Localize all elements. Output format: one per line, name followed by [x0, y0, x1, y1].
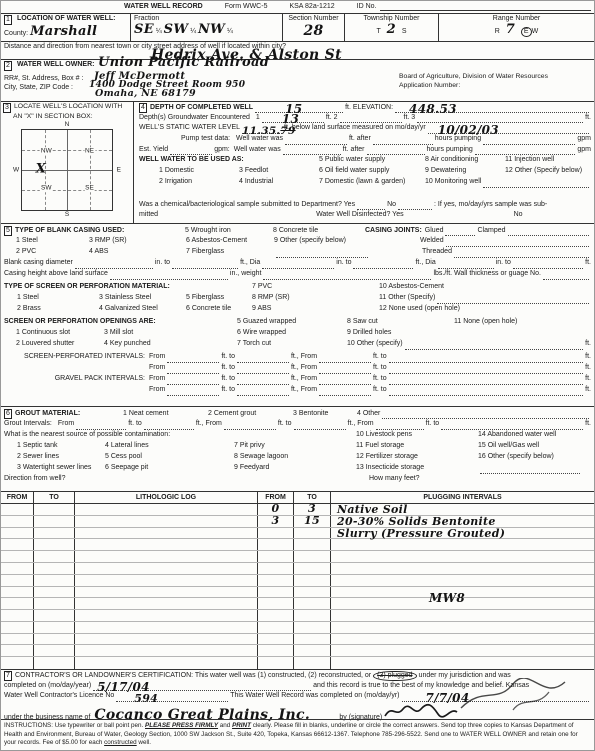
- option: 4 Other: [357, 410, 380, 418]
- gw1-label: 1: [256, 114, 260, 122]
- section1-number: 1: [4, 15, 12, 25]
- range-east-circled: E: [521, 27, 532, 37]
- owner-value: Union Pacific Railroad: [98, 56, 269, 71]
- gravel-pack-label: GRAVEL PACK INTERVALS:: [4, 375, 149, 383]
- lithologic-log-cell: [75, 610, 258, 621]
- lith-to-cell: [34, 528, 75, 539]
- disinfected-label: Water Well Disinfected? Yes: [316, 211, 404, 219]
- ft-label: ft.: [585, 364, 591, 372]
- option: 7 Fiberglass: [186, 248, 274, 256]
- casing-joints-label: CASING JOINTS:: [365, 227, 422, 235]
- lith-to-cell: [34, 587, 75, 598]
- lith-from-cell: [1, 645, 34, 656]
- in-to-label: in. to: [155, 259, 170, 267]
- casing-title: TYPE OF BLANK CASING USED:: [15, 227, 185, 235]
- clamped-label: Clamped: [477, 227, 505, 235]
- option: 3 Bentonite: [293, 410, 357, 418]
- plugging-interval-cell: 20-30% Solids Bentonite: [331, 516, 594, 527]
- section2-owner: 2 WATER WELL OWNER: RR#, St. Address, Bo…: [1, 59, 594, 101]
- ft-label: ft.: [585, 386, 591, 394]
- from-label: From: [58, 420, 74, 428]
- quarter-glyph: ¼: [227, 28, 233, 35]
- table-row: [1, 587, 594, 599]
- option: 2 Brass: [17, 305, 99, 313]
- section6-grout: 6 GROUT MATERIAL: 1 Neat cement 2 Cement…: [1, 406, 594, 491]
- table-row: [1, 598, 594, 610]
- option: 1 Septic tank: [17, 442, 105, 450]
- option: 4 Key punched: [104, 340, 237, 348]
- township-t: T: [377, 28, 381, 35]
- ft-to-label: ft. to: [221, 375, 235, 383]
- lith-from-cell: [1, 563, 34, 574]
- sample-tail2: mitted: [139, 211, 158, 219]
- ft-label: ft.: [585, 259, 591, 267]
- table-row: [1, 610, 594, 622]
- plug-to-cell: [294, 598, 331, 609]
- lith-from-cell: [1, 551, 34, 562]
- ft-from-label: ft., From: [291, 375, 317, 383]
- option: 12 Other (Specify below): [505, 167, 582, 175]
- plug-from-cell: [258, 622, 294, 633]
- ft-to-label: ft. to: [373, 364, 387, 372]
- address-label: RR#, St. Address, Box # :: [4, 75, 83, 83]
- ft-to-label: ft. to: [373, 375, 387, 383]
- ft-after-label: ft. after: [349, 135, 371, 143]
- table-row: [1, 622, 594, 634]
- option: 12 Fertilizer storage: [356, 453, 478, 461]
- option: 3 RMP (SR): [89, 237, 186, 245]
- id-label: ID No.: [357, 3, 377, 11]
- ft-to-label: ft. to: [278, 420, 292, 428]
- plugging-interval-cell: [331, 610, 594, 621]
- option: 9 Dewatering: [425, 167, 505, 175]
- statute: KSA 82a-1212: [289, 3, 334, 11]
- option: 2 Louvered shutter: [16, 340, 104, 348]
- lith-to-cell: [34, 551, 75, 562]
- col-header: FROM: [1, 492, 34, 503]
- lith-to-cell: [34, 622, 75, 633]
- print-underlined: PRINT: [232, 722, 251, 729]
- use-label: WELL WATER TO BE USED AS:: [139, 156, 319, 164]
- from-label: From: [149, 375, 165, 383]
- plugging-interval-cell: [331, 551, 594, 562]
- option: 4 ABS: [89, 248, 186, 256]
- township-cell: Township Number T 2 S: [345, 14, 439, 41]
- option: 1 Steel: [17, 294, 99, 302]
- lithologic-log-cell: [75, 528, 258, 539]
- section-number-cell: Section Number 28: [283, 14, 345, 41]
- plug-to-cell: [294, 575, 331, 586]
- compass-n: N: [65, 121, 70, 128]
- lith-from-cell: [1, 539, 34, 550]
- ft-to-label: ft. to: [373, 386, 387, 394]
- pump-test-label: Pump test data:: [181, 135, 230, 143]
- section7-certification: 7 CONTRACTOR'S OR LANDOWNER'S CERTIFICAT…: [1, 669, 594, 719]
- lithologic-log-cell: [75, 622, 258, 633]
- openings-title: SCREEN OR PERFORATION OPENINGS ARE:: [4, 318, 237, 326]
- option: 1 Domestic: [159, 167, 239, 175]
- option: 10 Asbestos-Cement: [379, 283, 444, 291]
- lithologic-log-cell: [75, 657, 258, 669]
- groundwater-label: Depth(s) Groundwater Encountered: [139, 114, 250, 122]
- water-well-record-form: WATER WELL RECORD Form WWC-5 KSA 82a-121…: [0, 0, 595, 751]
- plug-from-cell: [258, 575, 294, 586]
- plug-to-cell: [294, 645, 331, 656]
- range-cell: Range Number R 7 EW: [439, 14, 594, 41]
- location-cell: 1 LOCATION OF WATER WELL: County: Marsha…: [1, 14, 131, 41]
- how-many-feet-label: How many feet?: [369, 475, 420, 483]
- ft-to-label: ft. to: [221, 364, 235, 372]
- plug-from-cell: [258, 563, 294, 574]
- plug-to-cell: [294, 539, 331, 550]
- option: 10 Monitoring well: [425, 178, 481, 186]
- instructions-text: and: [220, 722, 231, 729]
- in-to-label: in. to: [496, 259, 511, 267]
- option: 10 Livestock pens: [356, 431, 478, 439]
- option: 11 Fuel storage: [356, 442, 478, 450]
- plugged-circled: (3) plugged: [373, 671, 416, 681]
- screen-material-title: TYPE OF SCREEN OR PERFORATION MATERIAL:: [4, 283, 252, 291]
- plugging-interval-cell: [331, 563, 594, 574]
- plug-from-cell: 3: [258, 516, 294, 527]
- county-label: County:: [4, 30, 28, 37]
- compass-e: E: [117, 166, 121, 173]
- well-water-was-label: Well water was: [234, 146, 281, 154]
- direction-label: Direction from well?: [4, 475, 369, 483]
- option: 5 Cess pool: [105, 453, 234, 461]
- no-label: No: [514, 211, 523, 219]
- option: 7 Domestic (lawn & garden): [319, 178, 425, 186]
- option: 13 Insecticide storage: [356, 464, 478, 472]
- lith-to-cell: [34, 598, 75, 609]
- plug-from-cell: [258, 528, 294, 539]
- option: 6 Concrete tile: [186, 305, 252, 313]
- completed-on-label: completed on (mo/day/year): [4, 682, 91, 690]
- quadrant-sw: SW: [40, 184, 52, 191]
- quadrant-nw: NW: [40, 148, 53, 155]
- option: 9 Feedyard: [234, 464, 356, 472]
- ft-label: ft.: [585, 340, 591, 348]
- ft-to-label: ft. to: [373, 353, 387, 361]
- compass-s: S: [65, 211, 69, 218]
- static-level-label: WELL'S STATIC WATER LEVEL: [139, 124, 240, 132]
- table-row: Slurry (Pressure Grouted): [1, 528, 594, 540]
- lith-from-cell: [1, 516, 34, 527]
- gpm-colon-label: gpm:: [214, 146, 230, 154]
- table-row: [1, 657, 594, 669]
- lith-from-cell: [1, 634, 34, 645]
- form-header: WATER WELL RECORD Form WWC-5 KSA 82a-121…: [1, 1, 594, 13]
- ft-label: ft.: [585, 375, 591, 383]
- option: 4 Galvanized Steel: [99, 305, 186, 313]
- plug-to-cell: [294, 528, 331, 539]
- township-value: 2: [387, 22, 396, 37]
- log-table: FROM TO LITHOLOGIC LOG FROM TO PLUGGING …: [1, 491, 594, 669]
- plug-from-cell: [258, 598, 294, 609]
- table-row: [1, 551, 594, 563]
- option: 1 Continuous slot: [16, 329, 104, 337]
- section2-number: 2: [4, 61, 12, 71]
- range-value: 7: [506, 22, 515, 37]
- owner-title: WATER WELL OWNER:: [17, 61, 95, 68]
- quarter-line: [22, 190, 112, 191]
- plugging-interval-cell: Slurry (Pressure Grouted): [331, 528, 594, 539]
- agency-label: Board of Agriculture, Division of Water …: [399, 73, 548, 80]
- option: 15 Oil well/Gas well: [478, 442, 539, 450]
- plugging-interval-cell: [331, 634, 594, 645]
- option: 12 None used (open hole): [379, 305, 460, 313]
- plug-from-cell: [258, 645, 294, 656]
- section3-number: 3: [3, 103, 11, 113]
- weight-label: in., weight: [230, 270, 262, 278]
- form-title: WATER WELL RECORD: [124, 3, 203, 11]
- lith-to-cell: [34, 657, 75, 669]
- lithologic-log-cell: [75, 504, 258, 515]
- distance-row: Distance and direction from nearest town…: [1, 41, 594, 59]
- quadrant-se: SE: [84, 184, 95, 191]
- lithologic-log-cell: [75, 539, 258, 550]
- lith-from-cell: [1, 598, 34, 609]
- option: 11 None (open hole): [454, 318, 517, 326]
- elevation-label: ft. ELEVATION:: [345, 104, 393, 112]
- option: 3 Stainless Steel: [99, 294, 186, 302]
- contamination-label: What is the nearest source of possible c…: [4, 431, 356, 439]
- range-label: Range Number: [493, 15, 540, 22]
- township-label: Township Number: [363, 15, 419, 22]
- section-number-label: Section Number: [288, 15, 338, 22]
- table-row: [1, 575, 594, 587]
- fraction3-value: NW: [198, 22, 225, 37]
- press-firmly-underlined: PLEASE PRESS FIRMLY: [145, 722, 218, 729]
- ft-from-label: ft., From: [348, 420, 374, 428]
- pen-scribble: [453, 678, 583, 712]
- lithologic-log-cell: [75, 645, 258, 656]
- option: 2 PVC: [16, 248, 89, 256]
- table-row: [1, 563, 594, 575]
- wall-thickness-label: lbs./ft. Wall thickness or guage No.: [433, 270, 541, 278]
- sample-question: Was a chemical/bacteriological sample su…: [139, 201, 355, 209]
- plug-to-cell: 15: [294, 516, 331, 527]
- option: 1 Neat cement: [123, 410, 208, 418]
- section7-number: 7: [4, 671, 12, 681]
- welded-label: Welded: [420, 237, 444, 245]
- section-number-value: 28: [303, 23, 323, 39]
- locate-title-1: LOCATE WELL'S LOCATION WITH: [14, 103, 122, 110]
- lithologic-log-cell: [75, 575, 258, 586]
- lith-to-cell: [34, 645, 75, 656]
- fraction-cell: Fraction SE ¼ SW ¼ NW ¼: [131, 14, 283, 41]
- option: 4 Lateral lines: [105, 442, 234, 450]
- col-header: LITHOLOGIC LOG: [75, 492, 258, 503]
- option: 9 Drilled holes: [347, 329, 391, 337]
- log-table-body: 0 3 Native Soil 3 15 20-30% Solids Bento…: [1, 504, 594, 669]
- range-r: R: [495, 28, 500, 35]
- option: 8 Concrete tile: [273, 227, 365, 235]
- gw2-label: ft. 2: [326, 114, 338, 122]
- option: 11 Injection well: [505, 156, 554, 164]
- plug-to-cell: [294, 551, 331, 562]
- county-value: Marshall: [30, 24, 97, 39]
- plug-to-cell: [294, 634, 331, 645]
- section6-number: 6: [4, 409, 12, 419]
- ft-after-label: ft. after: [343, 146, 365, 154]
- hours-pumping-label: hours pumping: [435, 135, 481, 143]
- lithologic-log-cell: [75, 563, 258, 574]
- ft-to-label: ft. to: [426, 420, 440, 428]
- col-header: PLUGGING INTERVALS: [331, 492, 594, 503]
- section4-number: 4: [139, 103, 147, 113]
- log-table-header: FROM TO LITHOLOGIC LOG FROM TO PLUGGING …: [1, 492, 594, 504]
- option: 3 Mill slot: [104, 329, 237, 337]
- option: 5 Public water supply: [319, 156, 425, 164]
- section5-number: 5: [4, 226, 12, 236]
- option: 10 Other (specify): [347, 340, 403, 348]
- plug-from-cell: [258, 634, 294, 645]
- grout-title: GROUT MATERIAL:: [15, 410, 123, 418]
- quarter-glyph: ¼: [190, 28, 196, 35]
- plug-from-cell: [258, 657, 294, 669]
- plugging-interval-cell: [331, 622, 594, 633]
- from-label: From: [149, 353, 165, 361]
- constructed-underlined: constructed: [104, 739, 137, 746]
- lith-to-cell: [34, 610, 75, 621]
- option: 11 Other (Specify): [379, 294, 435, 302]
- ft-from-label: ft., From: [196, 420, 222, 428]
- gpm-label: gpm: [577, 146, 591, 154]
- footer-instructions: INSTRUCTIONS: Use typewriter or ball poi…: [1, 719, 594, 751]
- fraction-label: Fraction: [134, 15, 159, 22]
- no-label: No: [387, 201, 396, 209]
- option: 5 Guazed wrapped: [237, 318, 347, 326]
- section3-locate: 3LOCATE WELL'S LOCATION WITH AN "X" IN S…: [1, 102, 134, 223]
- option: 16 Other (specify below): [478, 453, 554, 461]
- plug-to-cell: [294, 657, 331, 669]
- lith-from-cell: [1, 587, 34, 598]
- lith-to-cell: [34, 539, 75, 550]
- ft-dia-label: ft., Dia: [415, 259, 435, 267]
- diameter-label: Blank casing diameter: [4, 259, 73, 267]
- lith-from-cell: [1, 528, 34, 539]
- plug-from-cell: [258, 610, 294, 621]
- est-yield-label: Est. Yield: [139, 146, 168, 154]
- section3-4-row: 3LOCATE WELL'S LOCATION WITH AN "X" IN S…: [1, 101, 594, 223]
- option: 3 Feedlot: [239, 167, 319, 175]
- option: 8 Air conditioning: [425, 156, 505, 164]
- compass-w: W: [13, 166, 19, 173]
- lithologic-log-cell: [75, 587, 258, 598]
- option: 2 Sewer lines: [17, 453, 105, 461]
- option: 6 Asbestos-Cement: [186, 237, 274, 245]
- casing-height-label: Casing height above land surface: [4, 270, 108, 278]
- option: 8 Sewage lagoon: [234, 453, 356, 461]
- hours-pumping-label: hours pumping: [427, 146, 473, 154]
- option: 2 Irrigation: [159, 178, 239, 186]
- table-row: [1, 645, 594, 657]
- from-label: From: [149, 364, 165, 372]
- option: 9 Other (specify below): [274, 237, 372, 245]
- form-number: Form WWC-5: [225, 3, 268, 11]
- lithologic-log-cell: [75, 634, 258, 645]
- static-suffix: ft. below land surface measured on mo/da…: [284, 124, 426, 132]
- lith-to-cell: [34, 516, 75, 527]
- screen-intervals-label: SCREEN-PERFORATED INTERVALS:: [4, 353, 149, 361]
- option: 7 Torch cut: [237, 340, 347, 348]
- record-completed-label: This Water Well Record was completed on …: [230, 692, 399, 700]
- option: 8 RMP (SR): [252, 294, 379, 302]
- depth-label: DEPTH OF COMPLETED WELL: [150, 104, 253, 112]
- sample-tail: : If yes, mo/day/yrs sample was sub-: [434, 201, 547, 209]
- id-blank-line: [380, 3, 591, 11]
- lithologic-log-cell: [75, 551, 258, 562]
- option: 8 Saw cut: [347, 318, 454, 326]
- ft-from-label: ft., From: [291, 386, 317, 394]
- ft-label: ft.: [585, 353, 591, 361]
- application-number-label: Application Number:: [399, 82, 460, 89]
- option: 2 Cement grout: [208, 410, 293, 418]
- plugging-interval-cell: [331, 645, 594, 656]
- section4-depth: 4 DEPTH OF COMPLETED WELL 15 ft. ELEVATI…: [134, 102, 594, 223]
- ft-label: ft.: [585, 114, 591, 122]
- plug-to-cell: [294, 610, 331, 621]
- lith-from-cell: [1, 575, 34, 586]
- option: 5 Fiberglass: [186, 294, 252, 302]
- lith-from-cell: [1, 610, 34, 621]
- gw3-label: ft. 3: [404, 114, 416, 122]
- option: 6 Oil field water supply: [319, 167, 425, 175]
- ft-to-label: ft. to: [128, 420, 142, 428]
- option: 7 Pit privy: [234, 442, 356, 450]
- city-label: City, State, ZIP Code :: [4, 84, 73, 92]
- certification-text-1: CONTRACTOR'S OR LANDOWNER'S CERTIFICATIO…: [15, 672, 371, 680]
- range-w: W: [532, 28, 539, 35]
- plug-to-cell: [294, 622, 331, 633]
- table-row: 3 15 20-30% Solids Bentonite: [1, 516, 594, 528]
- owner-city-value: Omaha, NE 68179: [95, 89, 196, 100]
- fraction2-value: SW: [164, 22, 189, 37]
- plugging-interval-cell: Native Soil: [331, 504, 594, 515]
- ft-dia-label: ft., Dia: [240, 259, 260, 267]
- quarter-line: [22, 150, 112, 151]
- lithologic-log-cell: [75, 598, 258, 609]
- option: 6 Seepage pit: [105, 464, 234, 472]
- col-header: TO: [34, 492, 75, 503]
- instructions-text: well.: [138, 739, 151, 746]
- ft-from-label: ft., From: [291, 364, 317, 372]
- plug-from-cell: [258, 539, 294, 550]
- option: 5 Wrought iron: [185, 227, 273, 235]
- option: 1 Steel: [16, 237, 89, 245]
- lith-to-cell: [34, 504, 75, 515]
- section5-casing: 5 TYPE OF BLANK CASING USED: 5 Wrought i…: [1, 223, 594, 406]
- signature-scribble: [382, 703, 460, 719]
- plugging-interval-cell: [331, 575, 594, 586]
- lith-to-cell: [34, 563, 75, 574]
- plug-from-cell: [258, 587, 294, 598]
- plug-to-cell: [294, 563, 331, 574]
- quarter-line: [90, 130, 91, 210]
- lith-from-cell: [1, 657, 34, 669]
- plug-to-cell: [294, 587, 331, 598]
- license-label: Water Well Contractor's Licence No: [4, 692, 114, 700]
- instructions-text: INSTRUCTIONS: Use typewriter or ball poi…: [4, 722, 143, 729]
- lithologic-log-cell: [75, 516, 258, 527]
- well-water-was-label: Well water was: [236, 135, 283, 143]
- table-row: 0 3 Native Soil: [1, 504, 594, 516]
- grout-intervals-label: Grout Intervals:: [4, 420, 52, 428]
- lith-to-cell: [34, 575, 75, 586]
- ft-from-label: ft., From: [291, 353, 317, 361]
- locate-title-2: AN "X" IN SECTION BOX:: [13, 113, 93, 120]
